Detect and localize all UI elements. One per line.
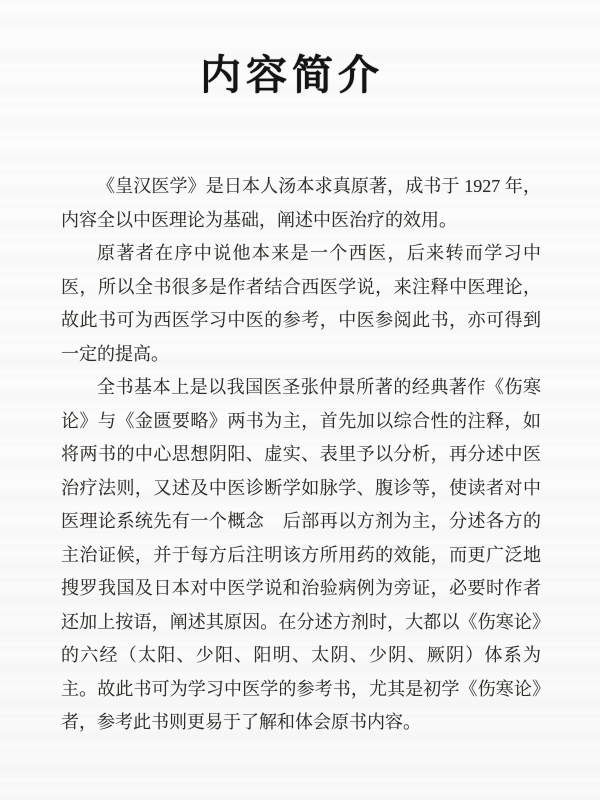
page-title: 内容简介 [0,50,592,100]
scanned-book-page: 内容简介 《皇汉医学》是日本人汤本求真原著，成书于 1927 年，内容全以中医理… [0,0,600,800]
page-body: 《皇汉医学》是日本人汤本求真原著，成书于 1927 年，内容全以中医理论为基础，… [61,170,541,740]
paragraph-3: 全书基本上是以我国医圣张仲景所著的经典著作《伤寒论》与《金匮要略》两书为主，首先… [61,371,541,740]
paragraph-2: 原著者在序中说他本来是一个西医，后来转而学习中医，所以全书很多是作者结合西医学说… [61,237,541,371]
paragraph-1: 《皇汉医学》是日本人汤本求真原著，成书于 1927 年，内容全以中医理论为基础，… [61,170,541,237]
